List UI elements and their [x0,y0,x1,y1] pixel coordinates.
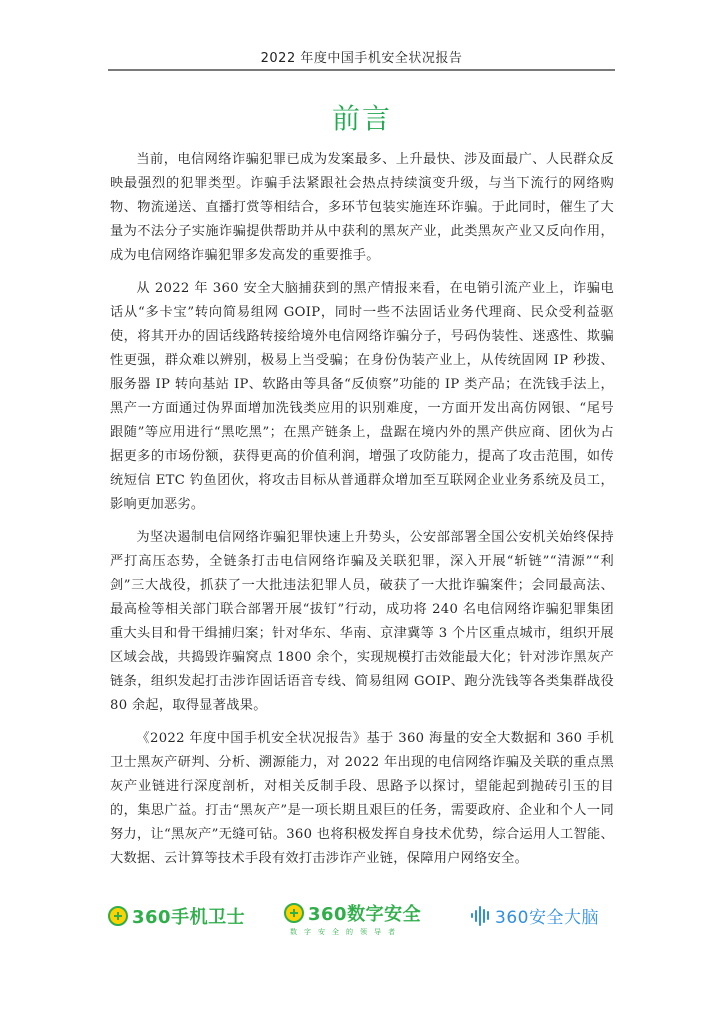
paragraph-4: 《2022 年度中国手机安全状况报告》基于 360 海量的安全大数据和 360 … [110,727,614,871]
page-title: 前言 [0,97,724,137]
shield-plus-icon [108,906,128,926]
paragraph-1: 当前，电信网络诈骗犯罪已成为发案最多、上升最快、涉及面最广、人民群众反映最强烈的… [110,148,614,268]
footer-logos: 360手机卫士 360数字安全 数字安全的领导者 360安全大脑 [108,903,628,943]
logo-360-digital-security: 360数字安全 数字安全的领导者 [284,900,421,937]
shield-plus-icon [284,903,304,923]
logo-text: 360手机卫士 [132,903,245,929]
preface-body: 当前，电信网络诈骗犯罪已成为发案最多、上升最快、涉及面最广、人民群众反映最强烈的… [110,148,614,880]
running-header: 2022 年度中国手机安全状况报告 [108,47,615,66]
logo-360-mobile-guard: 360手机卫士 [108,903,245,929]
logo-tagline: 数字安全的领导者 [290,927,402,937]
soundwave-brain-icon [471,906,489,926]
logo-text: 360安全大脑 [495,903,599,928]
header-divider [108,69,615,71]
logo-text: 360数字安全 [308,900,421,926]
paragraph-3: 为坚决遏制电信网络诈骗犯罪快速上升势头，公安部部署全国公安机关始终保持严打高压态… [110,526,614,718]
paragraph-2: 从 2022 年 360 安全大脑捕获到的黑产情报来看，在电销引流产业上，诈骗电… [110,277,614,517]
logo-360-security-brain: 360安全大脑 [471,903,599,928]
